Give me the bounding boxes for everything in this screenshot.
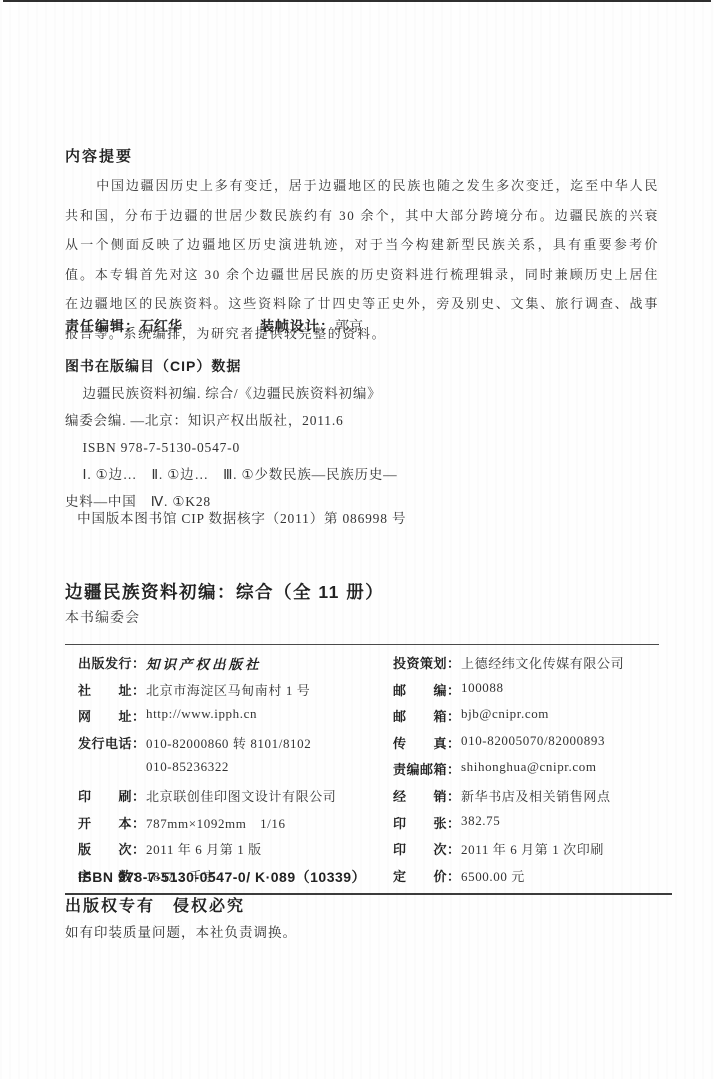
designer-name: 郭京 — [335, 320, 363, 335]
editor-name: 石红华 — [140, 318, 182, 334]
editorial-committee: 本书编委会 — [65, 607, 659, 627]
cip-isbn: ISBN 978-7-5130-0547-0 — [65, 434, 659, 461]
imprint-cell: 发行电话：010-82000860 转 8101/8102 — [78, 733, 393, 752]
imprint-row: 版 次：2011 年 6 月第 1 版印 次：2011 年 6 月第 1 次印刷 — [78, 839, 656, 866]
editor-label: 责任编辑： — [65, 318, 140, 334]
credits-row: 责任编辑：石红华装帧设计：郭京 — [65, 316, 659, 336]
imprint-label: 印 刷： — [78, 786, 146, 805]
imprint-cell: 010-85236322 — [78, 759, 393, 775]
imprint-table: 出版发行：知识产权出版社投资策划：上德经纬文化传媒有限公司社 址：北京市海淀区马… — [78, 653, 656, 892]
imprint-cell: 社 址：北京市海淀区马甸南村 1 号 — [78, 680, 393, 699]
imprint-label: 责编邮箱： — [393, 759, 461, 778]
cip-record-number: 中国版本图书馆 CIP 数据核字（2011）第 086998 号 — [65, 507, 671, 527]
cip-publisher-line: 编委会编. —北京：知识产权出版社，2011.6 — [65, 407, 659, 434]
imprint-value: 2011 年 6 月第 1 次印刷 — [461, 839, 604, 858]
divider-rule — [65, 644, 659, 645]
imprint-value: bjb@cnipr.com — [461, 706, 549, 725]
imprint-label: 出版发行： — [78, 653, 146, 673]
imprint-label: 邮 箱： — [393, 706, 461, 725]
imprint-value: 2011 年 6 月第 1 版 — [146, 839, 262, 858]
publisher-logotype: 知识产权出版社 — [146, 653, 262, 673]
imprint-label: 发行电话： — [78, 733, 146, 752]
imprint-label: 印 张： — [393, 813, 461, 832]
imprint-cell: 邮 箱：bjb@cnipr.com — [393, 706, 656, 725]
book-title: 边疆民族资料初编：综合（全 11 册） — [65, 579, 659, 604]
cip-classification-line1: Ⅰ. ①边… Ⅱ. ①边… Ⅲ. ①少数民族—民族历史— — [65, 461, 659, 488]
imprint-label: 投资策划： — [393, 653, 461, 672]
imprint-label: 社 址： — [78, 680, 146, 699]
cip-block: 边疆民族资料初编. 综合/《边疆民族资料初编》 编委会编. —北京：知识产权出版… — [65, 380, 659, 515]
imprint-label: 传 真： — [393, 733, 461, 752]
imprint-row: 开 本：787mm×1092mm 1/16印 张：382.75 — [78, 813, 656, 840]
imprint-value: 787mm×1092mm 1/16 — [146, 813, 286, 832]
imprint-row: 010-85236322责编邮箱：shihonghua@cnipr.com — [78, 759, 656, 786]
imprint-cell: 网 址：http://www.ipph.cn — [78, 706, 393, 725]
imprint-value: 上德经纬文化传媒有限公司 — [461, 653, 624, 672]
scan-edge-top — [3, 0, 711, 2]
imprint-value: 382.75 — [461, 813, 500, 832]
cip-title-line: 边疆民族资料初编. 综合/《边疆民族资料初编》 — [65, 380, 659, 407]
imprint-row: 社 址：北京市海淀区马甸南村 1 号邮 编：100088 — [78, 680, 656, 707]
imprint-cell: 经 销：新华书店及相关销售网点 — [393, 786, 656, 805]
quality-note: 如有印装质量问题，本社负责调换。 — [65, 921, 659, 941]
imprint-value: http://www.ipph.cn — [146, 706, 257, 725]
imprint-row: 出版发行：知识产权出版社投资策划：上德经纬文化传媒有限公司 — [78, 653, 656, 680]
designer-label: 装帧设计： — [260, 318, 335, 334]
isbn-price-line: ISBN 978-7-5130-0547-0/ K·089（10339） — [65, 867, 672, 895]
rights-statement: 出版权专有 侵权必究 — [65, 893, 659, 916]
imprint-value: 北京联创佳印图文设计有限公司 — [146, 786, 336, 805]
imprint-cell: 邮 编：100088 — [393, 680, 656, 699]
imprint-value: 010-85236322 — [146, 759, 229, 775]
imprint-label: 版 次： — [78, 839, 146, 858]
imprint-value: 北京市海淀区马甸南村 1 号 — [146, 680, 310, 699]
cip-heading: 图书在版编目（CIP）数据 — [65, 356, 659, 376]
imprint-cell: 开 本：787mm×1092mm 1/16 — [78, 813, 393, 832]
imprint-row: 发行电话：010-82000860 转 8101/8102传 真：010-820… — [78, 733, 656, 760]
summary-heading: 内容提要 — [65, 145, 659, 166]
imprint-cell: 责编邮箱：shihonghua@cnipr.com — [393, 759, 656, 778]
imprint-cell: 印 次：2011 年 6 月第 1 次印刷 — [393, 839, 656, 858]
imprint-row: 印 刷：北京联创佳印图文设计有限公司经 销：新华书店及相关销售网点 — [78, 786, 656, 813]
copyright-page: 内容提要 中国边疆因历史上多有变迁，居于边疆地区的民族也随之发生多次变迁，迄至中… — [0, 0, 714, 1079]
imprint-value: shihonghua@cnipr.com — [461, 759, 597, 778]
imprint-cell: 传 真：010-82005070/82000893 — [393, 733, 656, 752]
imprint-cell: 投资策划：上德经纬文化传媒有限公司 — [393, 653, 656, 672]
imprint-label: 邮 编： — [393, 680, 461, 699]
imprint-cell: 印 刷：北京联创佳印图文设计有限公司 — [78, 786, 393, 805]
imprint-cell: 版 次：2011 年 6 月第 1 版 — [78, 839, 393, 858]
imprint-value: 100088 — [461, 680, 504, 699]
imprint-label — [78, 759, 146, 775]
imprint-row: 网 址：http://www.ipph.cn邮 箱：bjb@cnipr.com — [78, 706, 656, 733]
imprint-value: 010-82005070/82000893 — [461, 733, 605, 752]
imprint-value: 新华书店及相关销售网点 — [461, 786, 611, 805]
imprint-label: 开 本： — [78, 813, 146, 832]
imprint-label: 印 次： — [393, 839, 461, 858]
imprint-cell: 出版发行：知识产权出版社 — [78, 653, 393, 673]
imprint-label: 经 销： — [393, 786, 461, 805]
imprint-cell: 印 张：382.75 — [393, 813, 656, 832]
imprint-value: 010-82000860 转 8101/8102 — [146, 733, 311, 752]
imprint-label: 网 址： — [78, 706, 146, 725]
